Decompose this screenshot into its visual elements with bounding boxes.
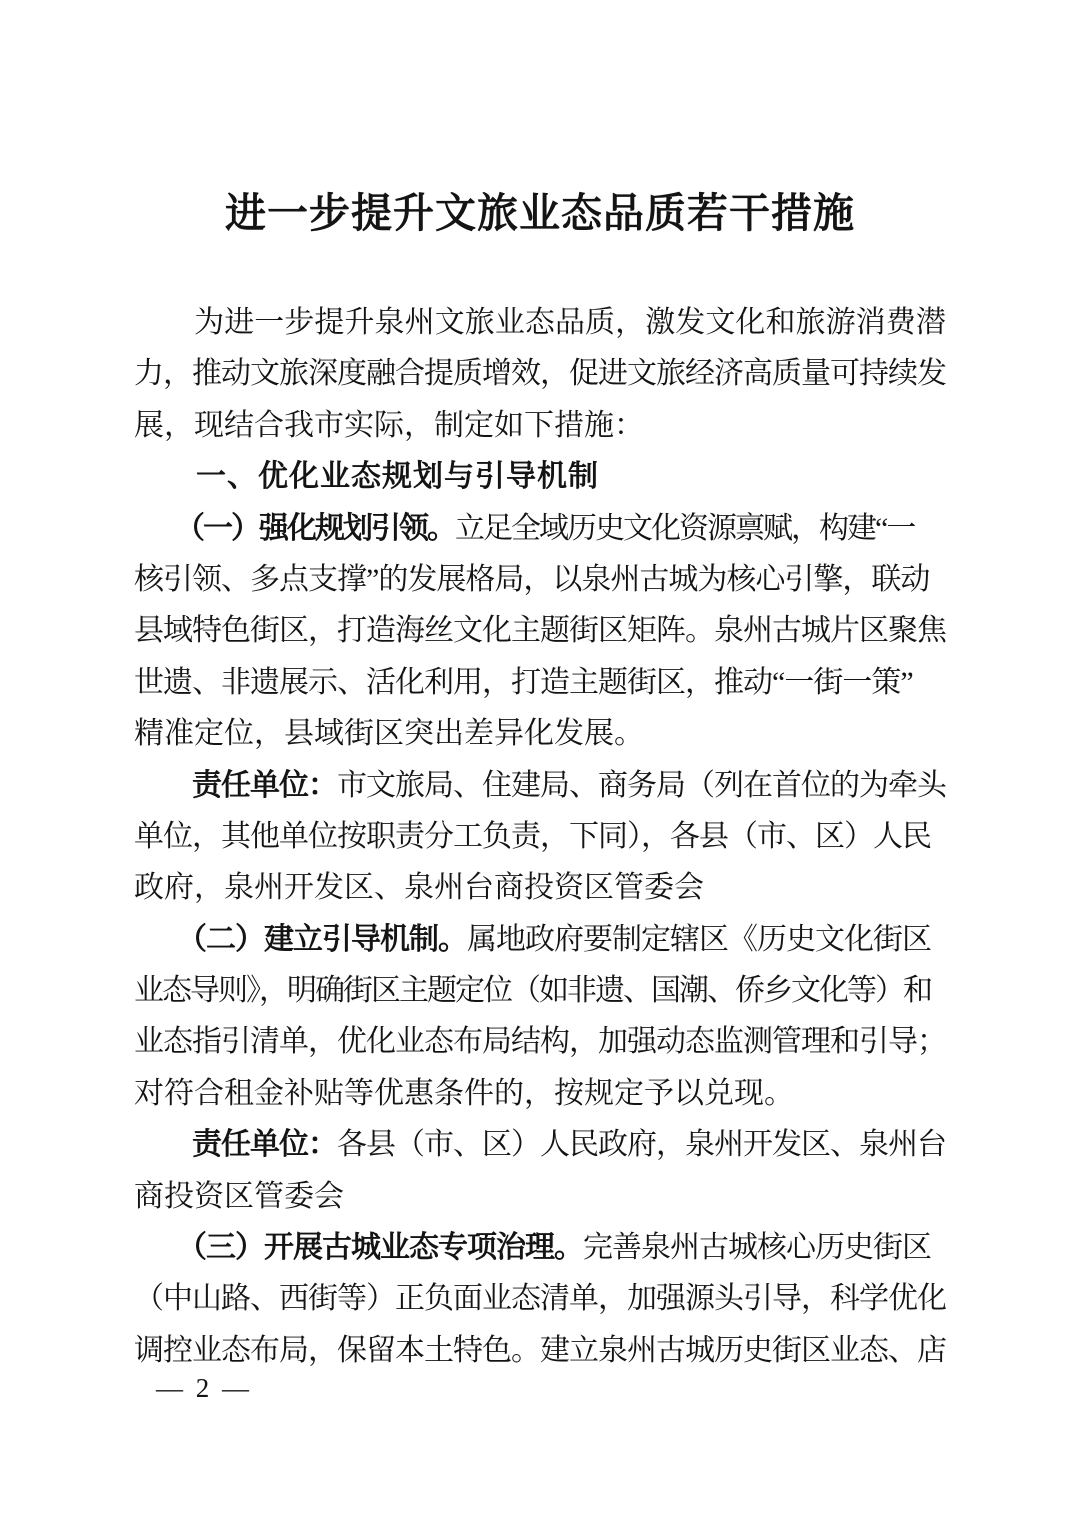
bold-text-segment: 一、优化业态规划与引导机制 [134, 460, 599, 493]
document-line: 责任单位：市文旅局、住建局、商务局（列在首位的为牵头 [134, 760, 946, 811]
document-line: 为进一步提升泉州文旅业态品质，激发文化和旅游消费潜 [134, 297, 946, 348]
text-segment: （中山路、西街等）正负面业态清单，加强源头引导，科学优化 [134, 1282, 946, 1315]
document-line: 对符合租金补贴等优惠条件的，按规定予以兑现。 [134, 1068, 946, 1119]
text-segment: 属地政府要制定辖区《历史文化街区 [467, 923, 931, 956]
section-heading: 一、优化业态规划与引导机制 [134, 451, 946, 502]
text-segment: 商投资区管委会 [134, 1180, 344, 1213]
document-line: 调控业态布局，保留本土特色。建立泉州古城历史街区业态、店 [134, 1325, 946, 1376]
document-line: 业态指引清单，优化业态布局结构，加强动态监测管理和引导； [134, 1016, 946, 1067]
text-segment: 各县（市、区）人民政府，泉州开发区、泉州台 [337, 1128, 946, 1161]
document-line: 核引领、多点支撑”的发展格局，以泉州古城为核心引擎，联动 [134, 554, 946, 605]
text-segment: 市文旅局、住建局、商务局（列在首位的为牵头 [337, 769, 946, 802]
text-segment: 县域特色街区，打造海丝文化主题街区矩阵。泉州古城片区聚焦 [134, 614, 946, 647]
text-segment: 精准定位，县域街区突出差异化发展。 [134, 717, 644, 750]
document-line: 力，推动文旅深度融合提质增效，促进文旅经济高质量可持续发 [134, 348, 946, 399]
document-line: 商投资区管委会 [134, 1171, 946, 1222]
bold-text-segment: 责任单位： [134, 769, 337, 802]
document-title: 进一步提升文旅业态品质若干措施 [0, 189, 1080, 237]
document-line: 展，现结合我市实际，制定如下措施： [134, 400, 946, 451]
text-segment: 单位，其他单位按职责分工负责，下同），各县（市、区）人民 [134, 820, 931, 853]
text-segment: 完善泉州古城核心历史街区 [583, 1231, 931, 1264]
bold-text-segment: （三）开展古城业态专项治理。 [134, 1231, 583, 1264]
document-line: （中山路、西街等）正负面业态清单，加强源头引导，科学优化 [134, 1273, 946, 1324]
document-line: 业态导则》，明确街区主题定位（如非遗、国潮、侨乡文化等）和 [134, 965, 946, 1016]
document-line: 责任单位：各县（市、区）人民政府，泉州开发区、泉州台 [134, 1119, 946, 1170]
text-segment: 展，现结合我市实际，制定如下措施： [134, 409, 644, 442]
text-segment: 对符合租金补贴等优惠条件的，按规定予以兑现。 [134, 1077, 794, 1110]
text-segment: 业态导则》，明确街区主题定位（如非遗、国潮、侨乡文化等）和 [134, 974, 931, 1007]
text-segment: 为进一步提升泉州文旅业态品质，激发文化和旅游消费潜 [134, 306, 946, 339]
text-segment: 业态指引清单，优化业态布局结构，加强动态监测管理和引导； [134, 1025, 946, 1058]
text-segment: 政府，泉州开发区、泉州台商投资区管委会 [134, 871, 704, 904]
text-segment: 立足全域历史文化资源禀赋，构建“一 [455, 512, 914, 545]
document-line: 世遗、非遗展示、活化利用，打造主题街区，推动“一街一策” [134, 657, 946, 708]
document-line: （二）建立引导机制。属地政府要制定辖区《历史文化街区 [134, 914, 946, 965]
bold-text-segment: （二）建立引导机制。 [134, 923, 467, 956]
bold-text-segment: 责任单位： [134, 1128, 337, 1161]
bold-text-segment: （一）强化规划引领。 [134, 512, 455, 545]
document-line: （三）开展古城业态专项治理。完善泉州古城核心历史街区 [134, 1222, 946, 1273]
document-line: 单位，其他单位按职责分工负责，下同），各县（市、区）人民 [134, 811, 946, 862]
document-body: 为进一步提升泉州文旅业态品质，激发文化和旅游消费潜力，推动文旅深度融合提质增效，… [134, 297, 946, 1376]
document-line: 政府，泉州开发区、泉州台商投资区管委会 [134, 862, 946, 913]
page-number: — 2 — [156, 1371, 252, 1405]
text-segment: 世遗、非遗展示、活化利用，打造主题街区，推动“一街一策” [134, 666, 913, 699]
document-line: 精准定位，县域街区突出差异化发展。 [134, 708, 946, 759]
text-segment: 调控业态布局，保留本土特色。建立泉州古城历史街区业态、店 [134, 1334, 946, 1367]
text-segment: 力，推动文旅深度融合提质增效，促进文旅经济高质量可持续发 [134, 357, 946, 390]
document-page: 进一步提升文旅业态品质若干措施 为进一步提升泉州文旅业态品质，激发文化和旅游消费… [0, 0, 1080, 1528]
text-segment: 核引领、多点支撑”的发展格局，以泉州古城为核心引擎，联动 [134, 563, 929, 596]
document-line: 县域特色街区，打造海丝文化主题街区矩阵。泉州古城片区聚焦 [134, 605, 946, 656]
document-line: （一）强化规划引领。立足全域历史文化资源禀赋，构建“一 [134, 503, 946, 554]
